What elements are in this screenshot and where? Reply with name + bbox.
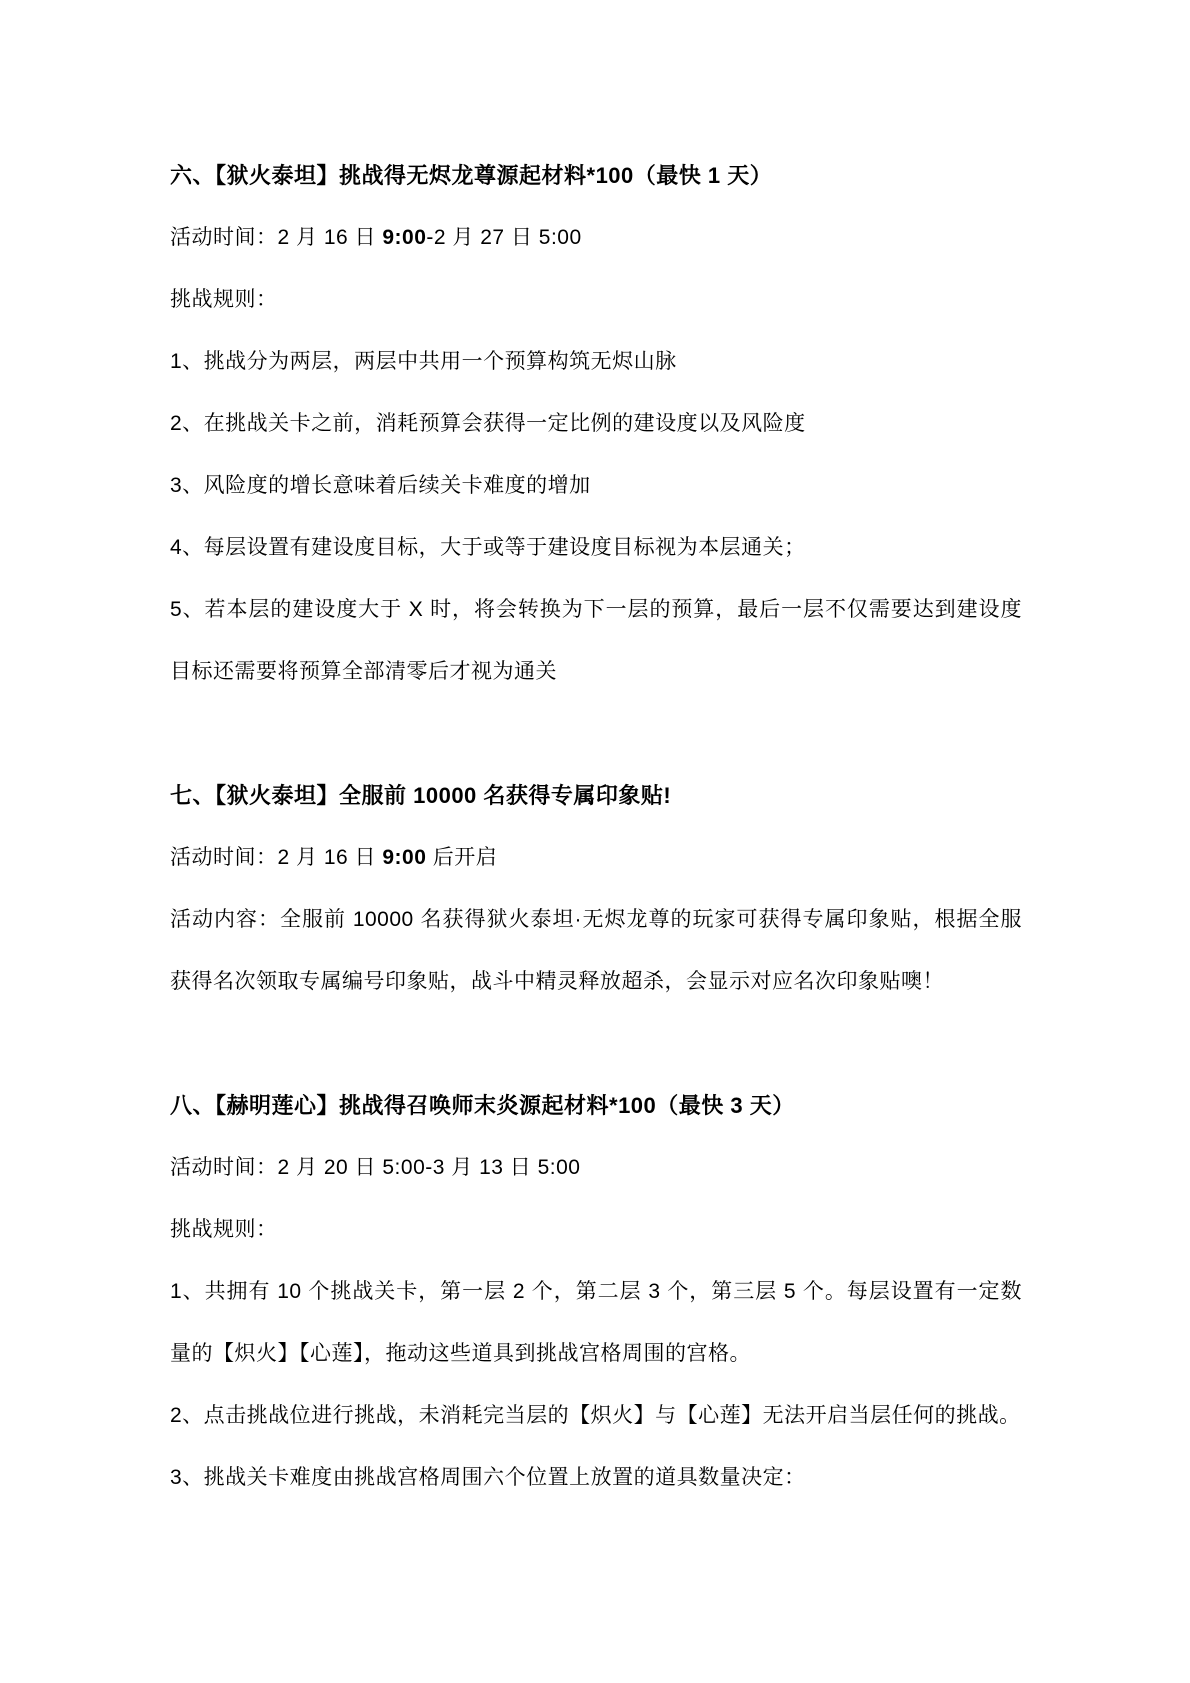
rules-label: 挑战规则： (170, 1199, 1022, 1261)
event-time-bold: 9:00 (382, 846, 426, 869)
event-content: 活动内容：全服前 10000 名获得狱火泰坦·无烬龙尊的玩家可获得专属印象贴，根… (170, 889, 1022, 1013)
rule-item-5: 5、若本层的建设度大于 X 时，将会转换为下一层的预算，最后一层不仅需要达到建设… (170, 579, 1022, 703)
event-time-post: 后开启 (426, 846, 497, 869)
event-time-pre: 活动时间：2 月 20 日 5:00-3 月 13 日 5:00 (170, 1156, 581, 1179)
section-heading: 七、【狱火泰坦】全服前 10000 名获得专属印象贴! (170, 765, 1022, 827)
rule-item-2: 2、点击挑战位进行挑战，未消耗完当层的【炽火】与【心莲】无法开启当层任何的挑战。 (170, 1385, 1022, 1447)
event-time-pre: 活动时间：2 月 16 日 (170, 846, 382, 869)
event-time: 活动时间：2 月 16 日 9:00-2 月 27 日 5:00 (170, 207, 1022, 269)
document-page: 六、【狱火泰坦】挑战得无烬龙尊源起材料*100（最快 1 天） 活动时间：2 月… (0, 0, 1190, 1683)
rules-label: 挑战规则： (170, 269, 1022, 331)
rule-item-3: 3、风险度的增长意味着后续关卡难度的增加 (170, 455, 1022, 517)
rule-item-1: 1、挑战分为两层，两层中共用一个预算构筑无烬山脉 (170, 331, 1022, 393)
event-time-post: -2 月 27 日 5:00 (426, 226, 581, 249)
rule-item-3: 3、挑战关卡难度由挑战宫格周围六个位置上放置的道具数量决定： (170, 1447, 1022, 1509)
event-time: 活动时间：2 月 20 日 5:00-3 月 13 日 5:00 (170, 1137, 1022, 1199)
event-time: 活动时间：2 月 16 日 9:00 后开启 (170, 827, 1022, 889)
rule-item-1: 1、共拥有 10 个挑战关卡，第一层 2 个，第二层 3 个，第三层 5 个。每… (170, 1261, 1022, 1385)
section-heading: 八、【赫明莲心】挑战得召唤师末炎源起材料*100（最快 3 天） (170, 1075, 1022, 1137)
event-time-bold: 9:00 (382, 226, 426, 249)
event-time-pre: 活动时间：2 月 16 日 (170, 226, 382, 249)
section-7-impression-sticker: 七、【狱火泰坦】全服前 10000 名获得专属印象贴! 活动时间：2 月 16 … (170, 765, 1022, 1013)
rule-item-2: 2、在挑战关卡之前，消耗预算会获得一定比例的建设度以及风险度 (170, 393, 1022, 455)
section-heading: 六、【狱火泰坦】挑战得无烬龙尊源起材料*100（最快 1 天） (170, 145, 1022, 207)
rule-item-4: 4、每层设置有建设度目标，大于或等于建设度目标视为本层通关； (170, 517, 1022, 579)
section-6-infernal-titan-challenge: 六、【狱火泰坦】挑战得无烬龙尊源起材料*100（最快 1 天） 活动时间：2 月… (170, 145, 1022, 703)
section-8-heming-lotus-challenge: 八、【赫明莲心】挑战得召唤师末炎源起材料*100（最快 3 天） 活动时间：2 … (170, 1075, 1022, 1509)
